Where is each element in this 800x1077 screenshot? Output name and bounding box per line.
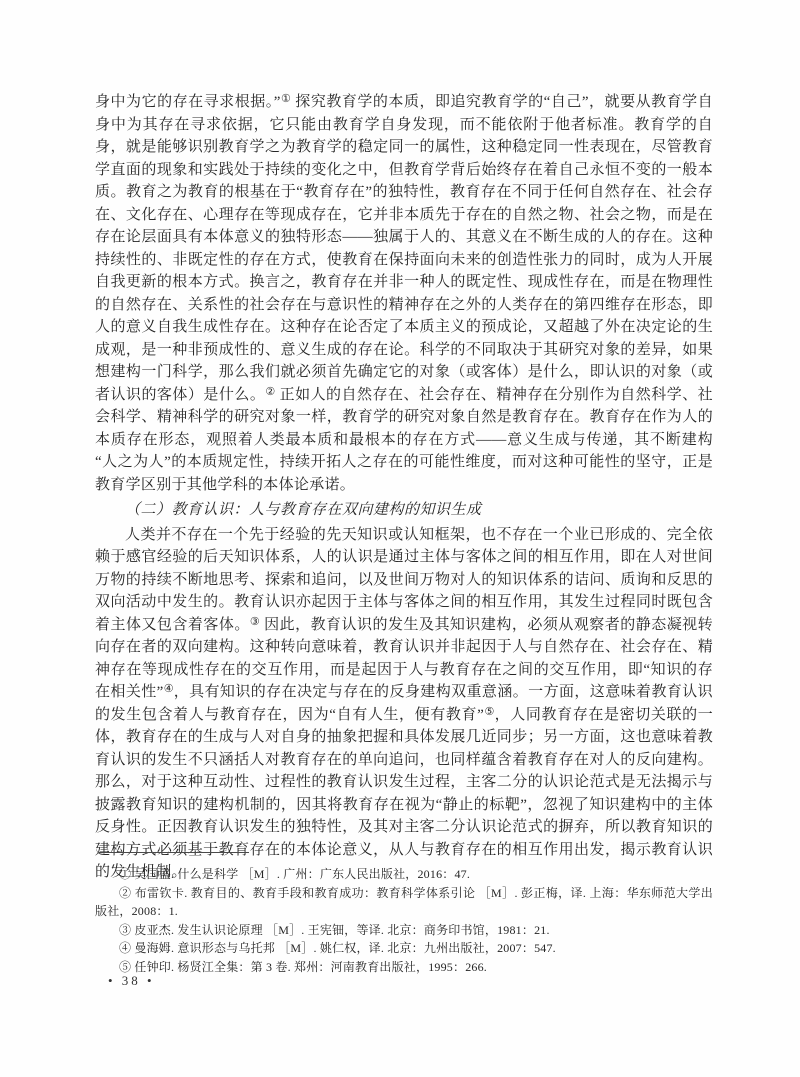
footnote-ref-marker: ① <box>281 93 291 105</box>
footnote-item-3: ③ 皮亚杰. 发生认识论原理 ［M］. 王宪钿，等译. 北京：商务印书馆，198… <box>95 921 713 940</box>
footnote-area: ① 吴国盛. 什么是科学 ［M］. 广州：广东人民出版社，2016：47. ② … <box>95 852 713 976</box>
footnote-ref-marker: ③ <box>250 616 260 628</box>
footnote-item-4: ④ 曼海姆. 意识形态与乌托邦 ［M］. 姚仁权，译. 北京：九州出版社，200… <box>95 939 713 958</box>
body-paragraph-2: 人类并不存在一个先于经验的先天知识或认知框架，也不存在一个业已形成的、完全依赖于… <box>95 524 713 884</box>
article-body: 身中为它的存在寻求根据。”① 探究教育学的本质，即追究教育学的“自己”，就要从教… <box>95 91 713 884</box>
footnote-item-5: ⑤ 任钟印. 杨贤江全集：第 3 卷. 郑州：河南教育出版社，1995：266. <box>95 958 713 977</box>
document-page: 身中为它的存在寻求根据。”① 探究教育学的本质，即追究教育学的“自己”，就要从教… <box>0 0 800 1077</box>
footnote-item-2: ② 布雷钦卡. 教育目的、教育手段和教育成功：教育科学体系引论 ［M］. 彭正梅… <box>95 884 713 921</box>
footnote-ref-marker: ② <box>265 386 275 398</box>
page-number: • 38 • <box>108 973 155 989</box>
body-paragraph-1: 身中为它的存在寻求根据。”① 探究教育学的本质，即追究教育学的“自己”，就要从教… <box>95 91 713 496</box>
footnote-item-1: ① 吴国盛. 什么是科学 ［M］. 广州：广东人民出版社，2016：47. <box>95 865 713 884</box>
footnote-ref-marker: ⑤ <box>484 706 495 718</box>
footnote-separator <box>99 852 249 853</box>
footnote-ref-marker: ④ <box>164 683 174 695</box>
section-heading: （二）教育认识：人与教育存在双向建构的知识生成 <box>95 499 713 522</box>
